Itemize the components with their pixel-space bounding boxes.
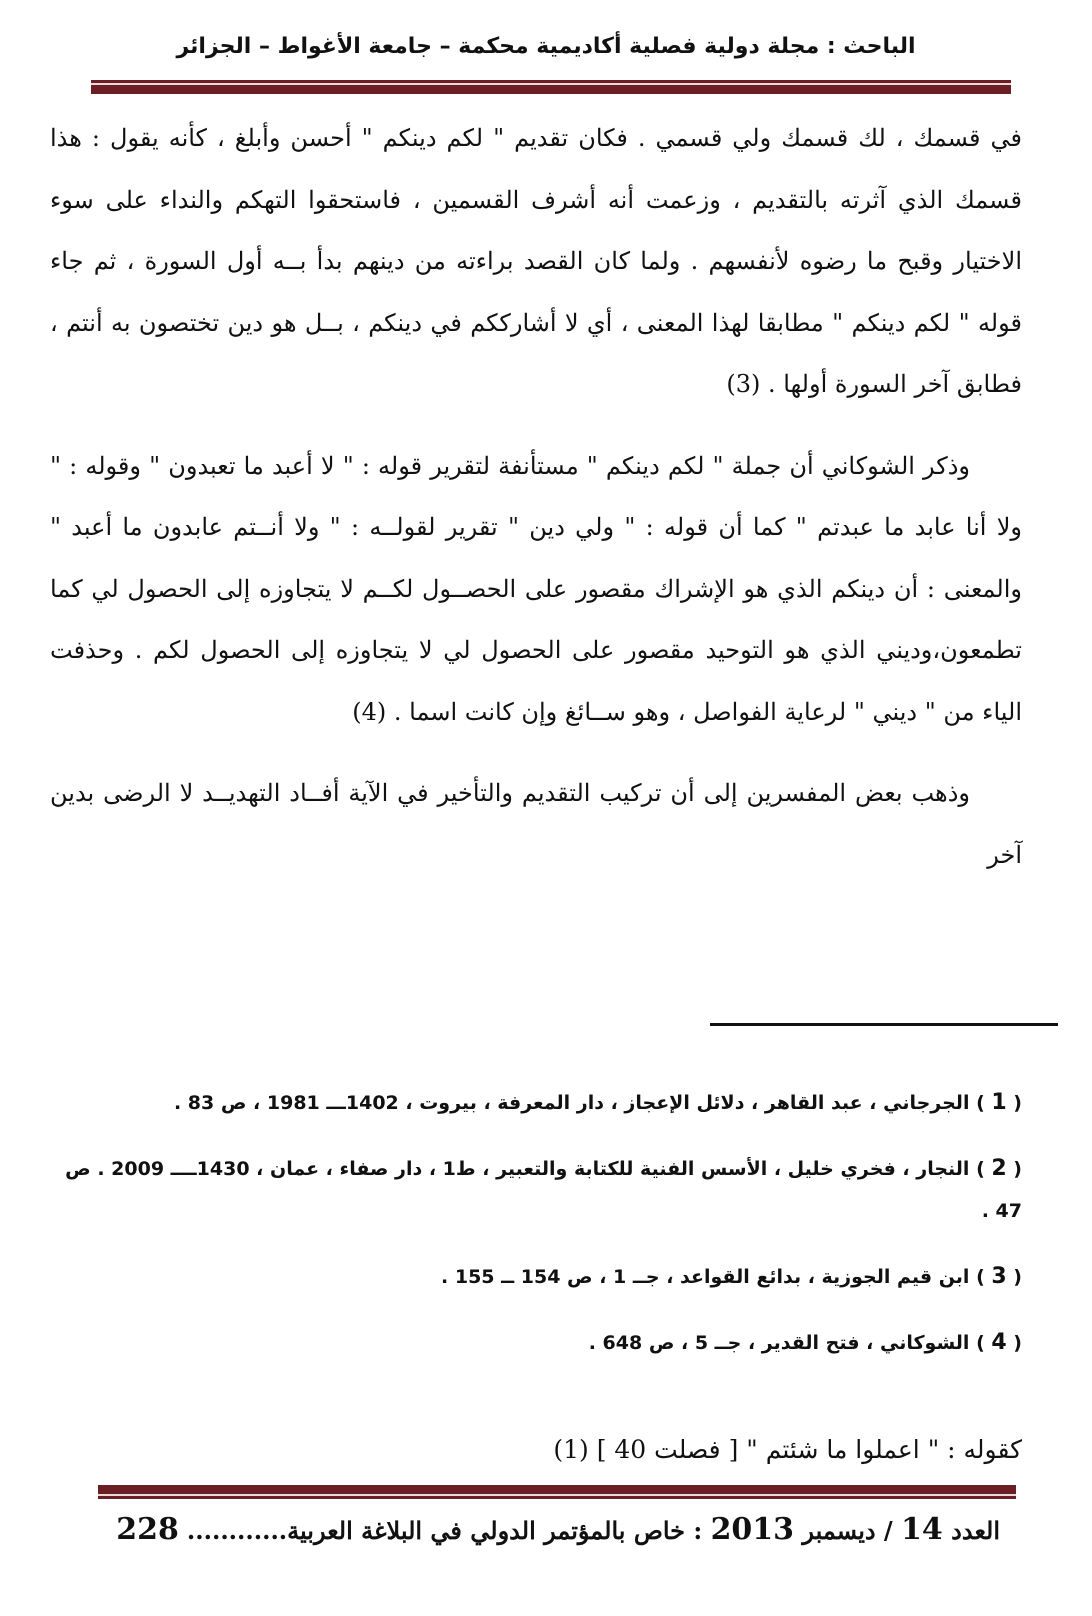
- footnote-2: ( 2 ) النجار ، فخري خليل ، الأسس الفنية …: [50, 1148, 1022, 1232]
- footnote-text: الشوكاني ، فتح القدير ، جــ 5 ، ص 648 .: [589, 1332, 970, 1354]
- footnote-number: 4: [991, 1330, 1006, 1355]
- footnote-separator: [710, 1023, 1058, 1026]
- footnote-text: ابن قيم الجوزية ، بدائع القواعد ، جــ 1 …: [441, 1266, 969, 1288]
- footnote-number: 3: [991, 1264, 1006, 1289]
- issue-month: ديسمبر: [802, 1516, 875, 1545]
- header-rule: [91, 80, 1011, 94]
- issue-label: العدد: [951, 1516, 1000, 1545]
- footnote-number: 1: [991, 1090, 1006, 1115]
- footnote-3: ( 3 ) ابن قيم الجوزية ، بدائع القواعد ، …: [50, 1256, 1022, 1298]
- issue-description: : خاص بالمؤتمر الدولي في البلاغة العربية…: [187, 1516, 702, 1545]
- footnote-1: ( 1 ) الجرجاني ، عبد القاهر ، دلائل الإع…: [50, 1082, 1022, 1124]
- journal-page: الباحث : مجلة دولية فصلية أكاديمية محكمة…: [0, 0, 1092, 1616]
- paragraph-1: في قسمك ، لك قسمك ولي قسمي . فكان تقديم …: [50, 108, 1022, 416]
- footer-rule-thin: [98, 1496, 1016, 1499]
- issue-year: 2013: [711, 1512, 795, 1547]
- footnote-4: ( 4 ) الشوكاني ، فتح القدير ، جــ 5 ، ص …: [50, 1322, 1022, 1364]
- footnotes: ( 1 ) الجرجاني ، عبد القاهر ، دلائل الإع…: [50, 1082, 1022, 1388]
- page-number: 228: [116, 1512, 179, 1547]
- footer-rule-thick: [98, 1485, 1016, 1494]
- body-text: في قسمك ، لك قسمك ولي قسمي . فكان تقديم …: [50, 108, 1022, 886]
- trailing-line: كقوله : " اعملوا ما شئتم " [ فصلت 40 ] (…: [50, 1430, 1022, 1470]
- running-footer: العدد 14 / ديسمبر 2013 : خاص بالمؤتمر ال…: [110, 1512, 1000, 1547]
- issue-number: 14: [901, 1512, 943, 1547]
- paragraph-3: وذهب بعض المفسرين إلى أن تركيب التقديم و…: [50, 763, 1022, 886]
- footnote-text: النجار ، فخري خليل ، الأسس الفنية للكتاب…: [65, 1158, 1022, 1222]
- footer-rule: [98, 1485, 1016, 1499]
- header-rule-thick: [91, 85, 1011, 94]
- footnote-number: 2: [991, 1156, 1006, 1181]
- issue-slash: /: [884, 1516, 893, 1545]
- running-header: الباحث : مجلة دولية فصلية أكاديمية محكمة…: [0, 34, 1092, 59]
- paragraph-2: وذكر الشوكاني أن جملة " لكم دينكم " مستأ…: [50, 436, 1022, 744]
- footnote-text: الجرجاني ، عبد القاهر ، دلائل الإعجاز ، …: [174, 1092, 970, 1114]
